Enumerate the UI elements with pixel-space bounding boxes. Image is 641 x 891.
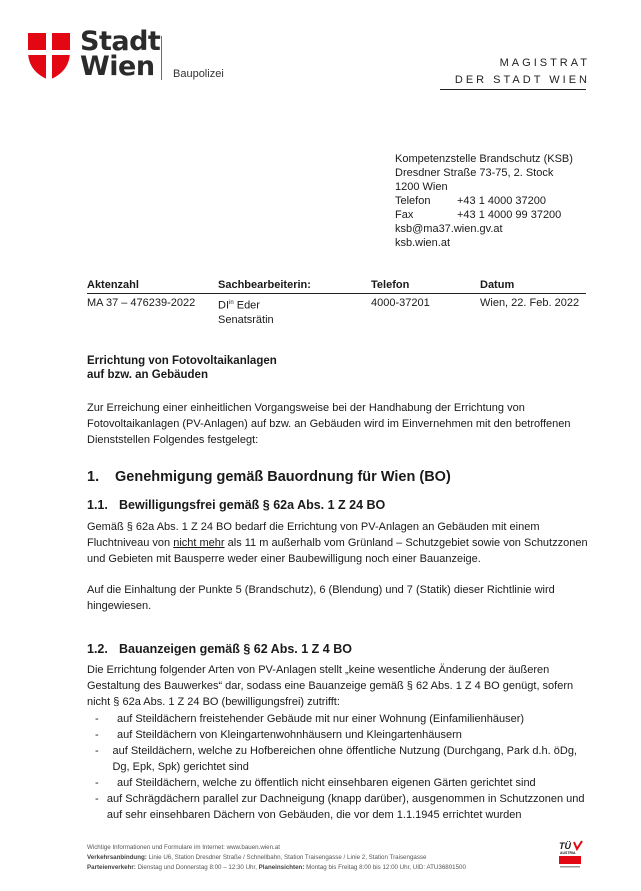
footer-transport-line: Verkehrsanbindung: Linie U6, Station Dre… (87, 853, 466, 863)
logo-line-2: Wien (80, 54, 160, 79)
section-1-1-paragraph-2: Auf die Einhaltung der Punkte 5 (Brandsc… (87, 582, 592, 614)
intro-paragraph: Zur Erreichung einer einheitlichen Vorga… (87, 400, 592, 448)
svg-text:AUSTRIA: AUSTRIA (560, 851, 576, 855)
email-link[interactable]: ksb@ma37.wien.gv.at (395, 222, 573, 236)
section-1-2-heading: 1.2. Bauanzeigen gemäß § 62 Abs. 1 Z 4 B… (87, 642, 352, 656)
website-link[interactable]: ksb.wien.at (395, 236, 573, 250)
section-1-2-paragraph: Die Errichtung folgender Arten von PV-An… (87, 662, 592, 710)
plans-text: Montag bis Freitag 8:00 bis 12:00 Uhr, U… (304, 864, 466, 871)
pv-installation-list: -auf Steildächern freistehender Gebäude … (87, 711, 592, 823)
transport-label: Verkehrsanbindung: (87, 854, 147, 861)
dash-bullet: - (87, 711, 117, 727)
transport-text: Linie U6, Station Dresdner Straße / Schn… (147, 854, 427, 861)
office-name: Kompetenzstelle Brandschutz (KSB) (395, 152, 573, 166)
contact-address-block: Kompetenzstelle Brandschutz (KSB) Dresdn… (395, 152, 573, 250)
fax-label: Fax (395, 208, 457, 222)
magistrat-underline (440, 89, 586, 90)
underlined-text: nicht mehr (173, 537, 224, 549)
magistrat-line-2: DER STADT WIEN (455, 72, 590, 89)
clerk-name: Eder (234, 300, 260, 312)
stadt-wien-logo: Stadt Wien (80, 29, 160, 79)
section-number: 1.2. (87, 642, 119, 656)
vienna-coat-of-arms-icon (28, 33, 70, 80)
list-item-text: auf Schrägdächern parallel zur Dachneigu… (107, 791, 592, 823)
clerk-title: Senatsrätin (218, 314, 274, 326)
dash-bullet: - (87, 775, 117, 791)
reference-table: Aktenzahl Sachbearbeiterin: Telefon Datu… (87, 278, 586, 327)
dash-bullet: - (87, 791, 107, 823)
fax-number: +43 1 4000 99 37200 (457, 208, 561, 222)
magistrat-line-1: MAGISTRAT (455, 55, 590, 72)
logo-divider (161, 36, 162, 80)
header-file-number: Aktenzahl (87, 278, 218, 292)
list-item-text: auf Steildächern, welche zu öffentlich n… (117, 775, 536, 791)
list-item: -auf Steildächern freistehender Gebäude … (87, 711, 592, 727)
clerk-phone: 4000-37201 (371, 296, 480, 327)
section-number: 1.1. (87, 498, 119, 512)
header-clerk: Sachbearbeiterin: (218, 278, 371, 292)
document-date: Wien, 22. Feb. 2022 (480, 296, 586, 327)
plans-label: Planeinsichten: (259, 864, 305, 871)
file-number: MA 37 – 476239-2022 (87, 296, 218, 327)
footer: Wichtige Informationen und Formulare im … (87, 843, 466, 873)
footer-info-line: Wichtige Informationen und Formulare im … (87, 843, 466, 853)
subject-line-1: Errichtung von Fotovoltaikanlagen (87, 354, 277, 368)
dash-bullet: - (87, 727, 117, 743)
list-item: -auf Schrägdächern parallel zur Dachneig… (87, 791, 592, 823)
list-item-text: auf Steildächern von Kleingartenwohnhäus… (117, 727, 462, 743)
tuv-austria-certification-icon: TÜ AUSTRIA (556, 840, 584, 870)
phone-label: Telefon (395, 194, 457, 208)
list-item: -auf Steildächern, welche zu Hofbereiche… (87, 743, 592, 775)
subject-line-2: auf bzw. an Gebäuden (87, 368, 277, 382)
reference-header-row: Aktenzahl Sachbearbeiterin: Telefon Datu… (87, 278, 586, 294)
section-title: Bauanzeigen gemäß § 62 Abs. 1 Z 4 BO (119, 642, 352, 656)
dash-bullet: - (87, 743, 112, 775)
section-1-1-heading: 1.1. Bewilligungsfrei gemäß § 62a Abs. 1… (87, 498, 385, 512)
footer-hours-line: Parteienverkehr: Dienstag und Donnerstag… (87, 863, 466, 873)
list-item: -auf Steildächern von Kleingartenwohnhäu… (87, 727, 592, 743)
magistrat-heading: MAGISTRAT DER STADT WIEN (455, 55, 590, 89)
clerk: DIin Eder Senatsrätin (218, 296, 371, 327)
hours-label: Parteienverkehr: (87, 864, 136, 871)
section-number: 1. (87, 469, 115, 485)
list-item: -auf Steildächern, welche zu öffentlich … (87, 775, 592, 791)
street: Dresdner Straße 73-75, 2. Stock (395, 166, 573, 180)
header-date: Datum (480, 278, 586, 292)
section-1-1-paragraph-1: Gemäß § 62a Abs. 1 Z 24 BO bedarf die Er… (87, 519, 592, 567)
header-phone: Telefon (371, 278, 480, 292)
section-title: Genehmigung gemäß Bauordnung für Wien (B… (115, 469, 451, 485)
department-name: Baupolizei (173, 68, 224, 80)
city: 1200 Wien (395, 180, 573, 194)
phone-number: +43 1 4000 37200 (457, 194, 546, 208)
subject: Errichtung von Fotovoltaikanlagen auf bz… (87, 354, 277, 382)
list-item-text: auf Steildächern, welche zu Hofbereichen… (112, 743, 592, 775)
list-item-text: auf Steildächern freistehender Gebäude m… (117, 711, 524, 727)
section-title: Bewilligungsfrei gemäß § 62a Abs. 1 Z 24… (119, 498, 385, 512)
svg-text:TÜ: TÜ (559, 841, 571, 851)
clerk-degree: DI (218, 300, 229, 312)
hours-text: Dienstag und Donnerstag 8:00 – 12:30 Uhr… (136, 864, 259, 871)
reference-value-row: MA 37 – 476239-2022 DIin Eder Senatsräti… (87, 294, 586, 327)
section-1-heading: 1. Genehmigung gemäß Bauordnung für Wien… (87, 469, 451, 485)
